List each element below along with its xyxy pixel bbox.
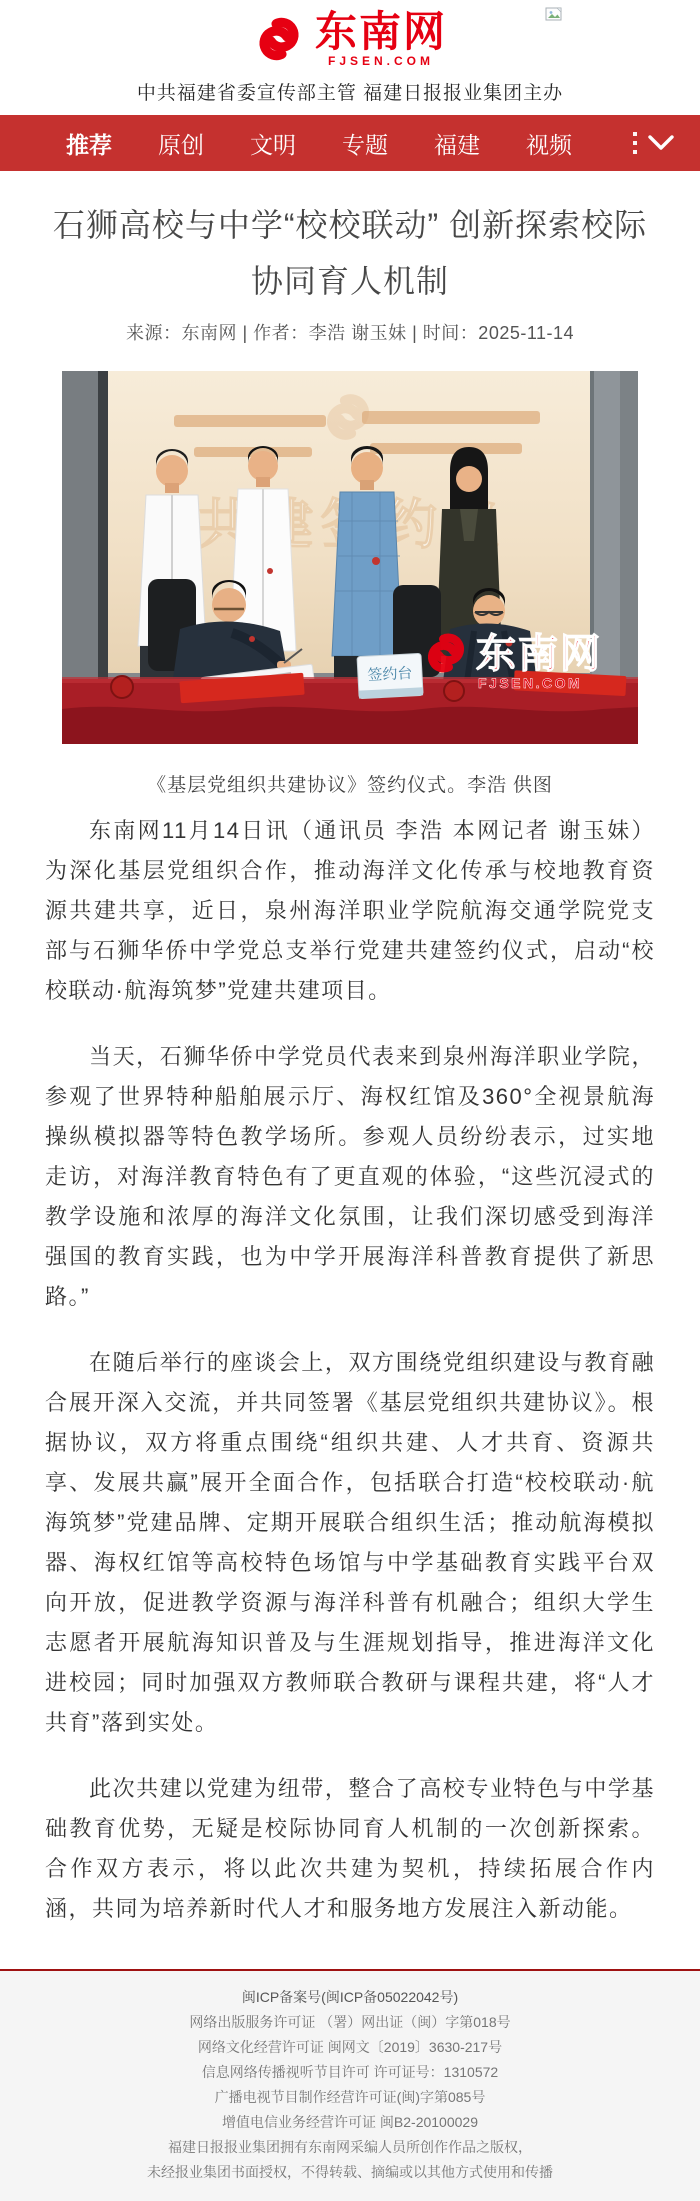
broken-image-icon	[545, 6, 562, 23]
site-tagline: 中共福建省委宣传部主管 福建日报报业集团主办	[0, 78, 700, 105]
logo-en: FJSEN.COM	[328, 55, 434, 67]
nav-item-fujian[interactable]: 福建	[434, 127, 480, 160]
logo-cn: 东南网	[315, 11, 447, 53]
article-paragraph: 东南网11月14日讯（通讯员 李浩 本网记者 谢玉妹）为深化基层党组织合作，推动…	[45, 811, 655, 1011]
nav-right-group	[633, 132, 674, 154]
article-meta: 来源：东南网 | 作者：李浩 谢玉妹 | 时间：2025-11-14	[0, 319, 700, 345]
article-photo: 共建签约仪	[62, 371, 638, 744]
nav-item-civilization[interactable]: 文明	[250, 127, 296, 160]
footer-line: 福建日报报业集团拥有东南网采编人员所创作作品之版权，	[0, 2135, 700, 2160]
photo-sign-card: 签约台	[357, 653, 423, 698]
photo-watermark-cn: 东南网	[476, 632, 602, 676]
footer-line: 网络文化经营许可证 闽网文〔2019〕3630-217号	[0, 2035, 700, 2060]
site-footer: 闽ICP备案号(闽ICP备05022042号) 网络出版服务许可证 （署）网出证…	[0, 1969, 700, 2201]
photo-seal-box-left	[111, 676, 133, 698]
footer-line: 增值电信业务经营许可证 闽B2-20100029	[0, 2110, 700, 2135]
footer-line: 网络出版服务许可证 （署）网出证（闽）字第018号	[0, 2010, 700, 2035]
page: 东南网 FJSEN.COM 中共福建省委宣传部主管 福建日报报业集团主办 推荐 …	[0, 0, 700, 2201]
footer-line: 信息网络传播视听节目许可 许可证号：1310572	[0, 2060, 700, 2085]
logo-knot-icon	[253, 13, 305, 65]
site-header: 东南网 FJSEN.COM 中共福建省委宣传部主管 福建日报报业集团主办	[0, 0, 700, 105]
nav-item-special[interactable]: 专题	[342, 127, 388, 160]
photo-caption: 《基层党组织共建协议》签约仪式。李浩 供图	[0, 770, 700, 797]
photo-seal-box-right	[444, 681, 464, 701]
logo-text: 东南网 FJSEN.COM	[315, 11, 447, 67]
article-paragraph: 当天，石狮华侨中学党员代表来到泉州海洋职业学院，参观了世界特种船舶展示厅、海权红…	[45, 1037, 655, 1317]
photo-watermark-en: FJSEN.COM	[478, 675, 582, 691]
nav-item-recommend[interactable]: 推荐	[66, 127, 112, 160]
chevron-down-icon[interactable]	[648, 135, 674, 151]
nav-item-clipped[interactable]	[633, 132, 638, 154]
footer-line: 未经报业集团书面授权，不得转载、摘编或以其他方式使用和传播	[0, 2160, 700, 2185]
nav-item-original[interactable]: 原创	[158, 127, 204, 160]
photo-sign-label: 签约台	[367, 665, 413, 684]
footer-line: 广播电视节目制作经营许可证(闽)字第085号	[0, 2085, 700, 2110]
article-body: 东南网11月14日讯（通讯员 李浩 本网记者 谢玉妹）为深化基层党组织合作，推动…	[0, 797, 700, 1929]
article-paragraph: 在随后举行的座谈会上，双方围绕党组织建设与教育融合展开深入交流，并共同签署《基层…	[45, 1343, 655, 1743]
main-nav: 推荐 原创 文明 专题 福建 视频	[0, 115, 700, 171]
nav-item-video[interactable]: 视频	[526, 127, 572, 160]
footer-icp-link[interactable]: 闽ICP备案号(闽ICP备05022042号)	[0, 1985, 700, 2010]
page-title: 石狮高校与中学“校校联动” 创新探索校际协同育人机制	[45, 197, 655, 309]
site-logo[interactable]: 东南网 FJSEN.COM	[0, 8, 700, 70]
article-paragraph: 此次共建以党建为纽带，整合了高校专业特色与中学基础教育优势，无疑是校际协同育人机…	[45, 1769, 655, 1929]
